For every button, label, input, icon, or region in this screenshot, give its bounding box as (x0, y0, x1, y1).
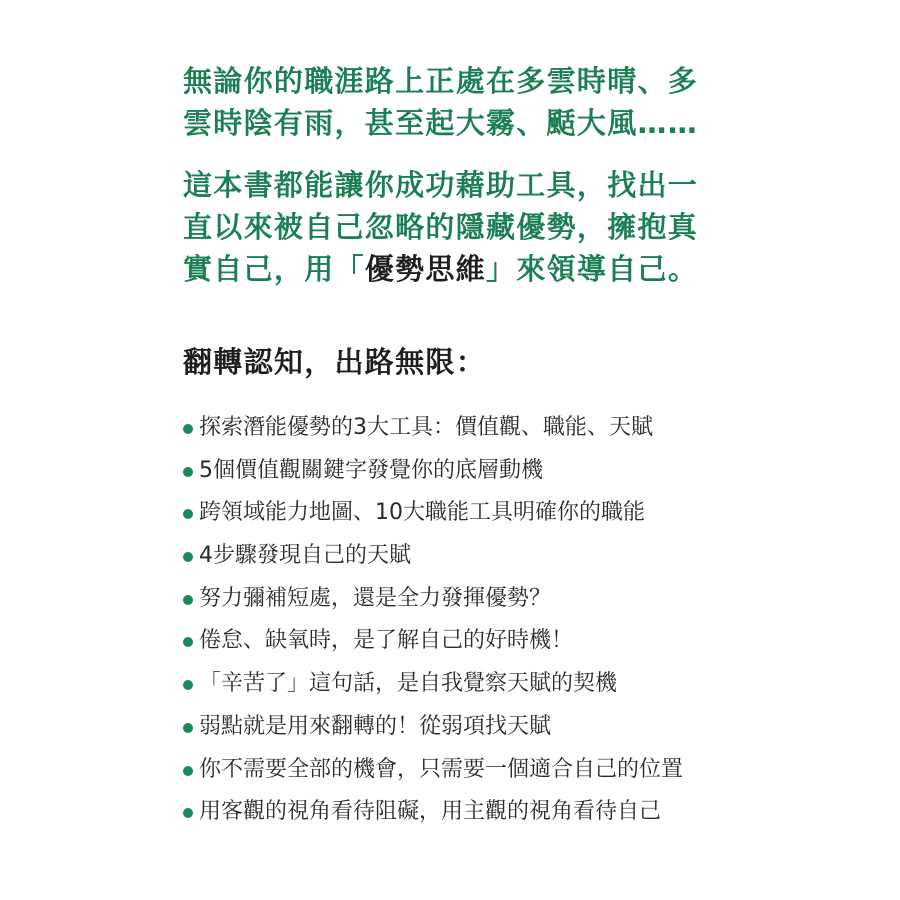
bullet-dot-icon (183, 509, 193, 519)
intro-p1-line-2: 雲時陰有雨，甚至起大霧、颳大風…… (183, 106, 698, 140)
bullet-dot-icon (183, 766, 193, 776)
bullet-dot-icon (183, 680, 193, 690)
list-item: 「辛苦了」這句話，是自我覺察天賦的契機 (183, 663, 743, 706)
list-item-text: 努力彌補短處，還是全力發揮優勢？ (199, 586, 551, 611)
feature-bullet-list: 探索潛能優勢的3大工具：價值觀、職能、天賦 5個價值觀關鍵字發覺你的底層動機 跨… (183, 407, 743, 834)
intro-p2-line-1: 這本書都能讓你成功藉助工具，找出一 (183, 168, 698, 202)
intro-p2-line-3-before: 實自己，用「 (183, 252, 365, 286)
list-item-text: 跨領域能力地圖、10大職能工具明確你的職能 (199, 500, 645, 525)
list-item: 5個價值觀關鍵字發覺你的底層動機 (183, 450, 743, 493)
list-item: 探索潛能優勢的3大工具：價值觀、職能、天賦 (183, 407, 743, 450)
list-item: 弱點就是用來翻轉的！從弱項找天賦 (183, 706, 743, 749)
bullet-dot-icon (183, 723, 193, 733)
bullet-dot-icon (183, 424, 193, 434)
list-item-text: 倦怠、缺氧時，是了解自己的好時機！ (199, 628, 573, 653)
list-item: 4步驟發現自己的天賦 (183, 535, 743, 578)
bullet-dot-icon (183, 552, 193, 562)
bullet-dot-icon (183, 808, 193, 818)
list-item: 倦怠、缺氧時，是了解自己的好時機！ (183, 620, 743, 663)
intro-p1-line-1: 無論你的職涯路上正處在多雲時晴、多 (183, 64, 698, 98)
intro-paragraph-1: 無論你的職涯路上正處在多雲時晴、多 雲時陰有雨，甚至起大霧、颳大風…… (183, 60, 743, 144)
list-item-text: 你不需要全部的機會，只需要一個適合自己的位置 (199, 757, 683, 782)
list-item-text: 5個價值觀關鍵字發覺你的底層動機 (199, 458, 543, 483)
intro-paragraph-2: 這本書都能讓你成功藉助工具，找出一 直以來被自己忽略的隱藏優勢，擁抱真 實自己，… (183, 164, 743, 290)
intro-p2-line-2: 直以來被自己忽略的隱藏優勢，擁抱真 (183, 210, 698, 244)
bullet-dot-icon (183, 595, 193, 605)
strength-mindset-emphasis: 優勢思維 (365, 252, 486, 286)
list-item-text: 「辛苦了」這句話，是自我覺察天賦的契機 (199, 671, 617, 696)
intro-p2-line-3-after: 」來領導自己。 (486, 252, 698, 286)
book-promo-content: 無論你的職涯路上正處在多雲時晴、多 雲時陰有雨，甚至起大霧、颳大風…… 這本書都… (183, 60, 743, 834)
bullet-dot-icon (183, 637, 193, 647)
list-item: 你不需要全部的機會，只需要一個適合自己的位置 (183, 749, 743, 792)
list-item-text: 弱點就是用來翻轉的！從弱項找天賦 (199, 714, 551, 739)
list-item-text: 探索潛能優勢的3大工具：價值觀、職能、天賦 (199, 415, 653, 440)
bullet-dot-icon (183, 467, 193, 477)
section-heading: 翻轉認知，出路無限： (183, 341, 743, 383)
list-item: 跨領域能力地圖、10大職能工具明確你的職能 (183, 492, 743, 535)
list-item: 用客觀的視角看待阻礙，用主觀的視角看待自己 (183, 791, 743, 834)
list-item-text: 用客觀的視角看待阻礙，用主觀的視角看待自己 (199, 799, 661, 824)
list-item: 努力彌補短處，還是全力發揮優勢？ (183, 578, 743, 621)
list-item-text: 4步驟發現自己的天賦 (199, 543, 411, 568)
